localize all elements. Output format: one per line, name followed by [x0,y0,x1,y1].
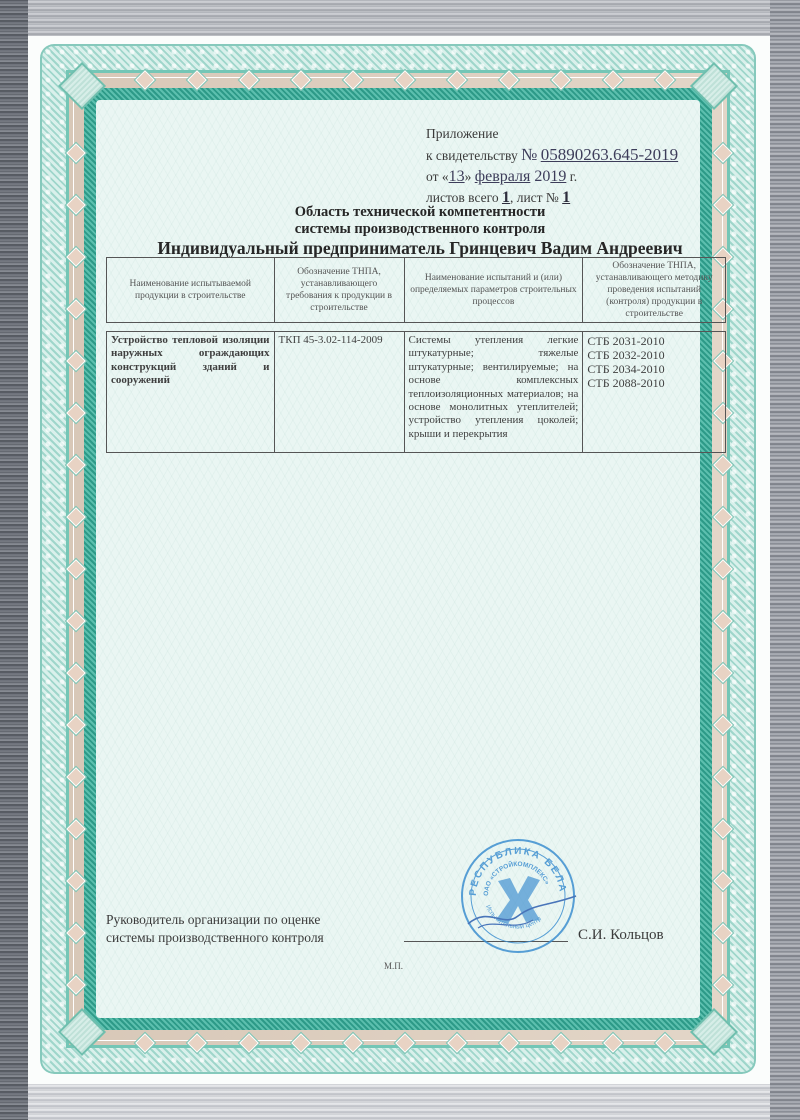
method-standard: СТБ 2088-2010 [587,376,721,390]
official-stamp-icon: РЕСПУБЛИКА БЕЛАРУСЬ ОАО «СТРОЙКОМПЛЕКС» … [458,836,578,956]
document-content: Приложение к свидетельству № 05890263.64… [0,0,800,1120]
competence-table: Наименование испытываемой продукции в ст… [106,257,726,453]
certificate-date: от «13» февраля 2019 г. [426,166,678,187]
method-standard: СТБ 2031-2010 [587,334,721,348]
document-title: Область технической компетентности систе… [110,204,730,258]
header-tnpa-methods: Обозначение ТНПА, устанавливающего метод… [583,258,726,323]
cell-tnpa-requirements: ТКП 45-3.02-114-2009 [274,332,404,453]
signer-role: Руководитель организации по оценке систе… [106,911,324,947]
cell-tnpa-methods: СТБ 2031-2010 СТБ 2032-2010 СТБ 2034-201… [583,332,726,453]
table-row: Устройство тепловой изоляции наружных ог… [107,332,726,453]
header-tnpa-requirements: Обозначение ТНПА, устанавливающего требо… [274,258,404,323]
appendix-label: Приложение [426,123,678,144]
cell-product: Устройство тепловой изоляции наружных ог… [107,332,275,453]
signer-name: С.И. Кольцов [578,927,664,944]
seal-placeholder-label: М.П. [384,961,403,971]
date-day: 13 [449,168,465,185]
number-sign: № [521,145,537,164]
cell-parameters: Системы утепления легкие штукатурные; тя… [404,332,583,453]
certificate-number: 05890263.645-2019 [541,145,678,164]
date-year: 19 [550,168,566,185]
table-header-row: Наименование испытываемой продукции в ст… [107,258,726,323]
appendix-header: Приложение к свидетельству № 05890263.64… [426,123,678,208]
title-line-1: Область технической компетентности [110,204,730,221]
certificate-reference: к свидетельству № 05890263.645-2019 [426,144,678,166]
method-standard: СТБ 2032-2010 [587,348,721,362]
header-parameters: Наименование испытаний и (или) определяе… [404,258,583,323]
title-line-2: системы производственного контроля [110,221,730,238]
header-product: Наименование испытываемой продукции в ст… [107,258,275,323]
method-standard: СТБ 2034-2010 [587,362,721,376]
date-month: февраля [475,168,531,185]
entity-name: Индивидуальный предприниматель Гринцевич… [110,238,730,258]
